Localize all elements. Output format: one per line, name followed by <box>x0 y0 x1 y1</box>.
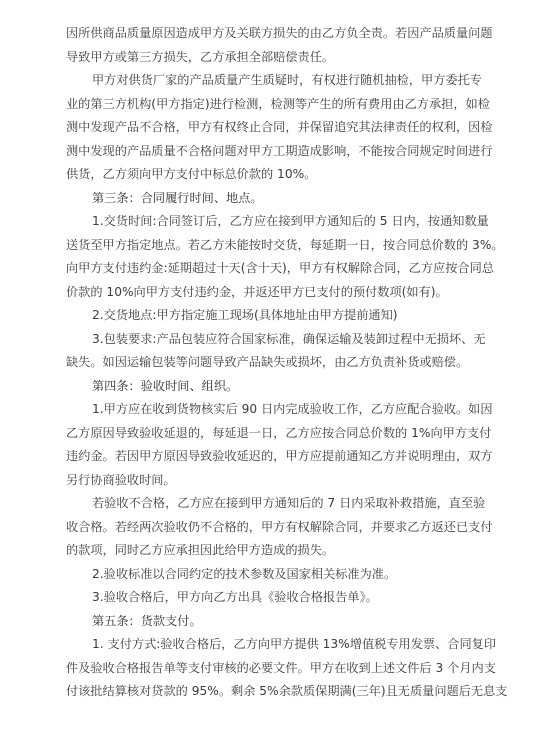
text-line: 付该批结算核对贷款的 95%。剩余 5%余款质保期满(三年)且无质量问题后无息支 <box>66 680 481 704</box>
text-line: 乙方原因导致验收延退的，每延退一日，乙方应按合同总价数的 1%向甲方支付 <box>66 422 481 446</box>
text-line: 1. 支付方式:验收合格后，乙方向甲方提供 13%增值税专用发票、合同复印 <box>66 633 481 657</box>
text-line: 向甲方支付违约金:延期超过十天(含十天)，甲方有权解除合同，乙方应按合同总 <box>66 257 481 281</box>
text-line: 若验收不合格，乙方应在接到甲方通知后的 7 日内采取补救措施，直至验 <box>66 492 481 516</box>
document-page: 因所供商品质量原因造成甲方及关联方损失的由乙方负全责。若因产品质量问题 导致甲方… <box>0 0 549 751</box>
section-heading-article-5: 第五条：货款支付。 <box>66 610 481 634</box>
text-line: 价款的 10%向甲方支付违约金，并返还甲方已支付的预付数项(如有)。 <box>66 281 481 305</box>
text-line: 收合格。若经两次验收仍不合格的，甲方有权解除合同，并要求乙方返还已支付 <box>66 516 481 540</box>
text-line: 2.交货地点:甲方指定施工现场(具体地址由甲方提前通知) <box>66 304 481 328</box>
text-line: 测中发现产品不合格，甲方有权终止合同，并保留追究其法律责任的权利，因检 <box>66 116 481 140</box>
text-line: 业的第三方机构(甲方指定)进行检测，检测等产生的所有费用由乙方承担，如检 <box>66 93 481 117</box>
text-line: 另行协商验收时间。 <box>66 469 481 493</box>
text-line: 测中发现的产品质量不合格问题对甲方工期造成影响，不能按合同规定时间进行 <box>66 140 481 164</box>
text-line: 3.验收合格后，甲方向乙方出具《验收合格报告单》。 <box>66 586 481 610</box>
text-line: 的款项，同时乙方应承担因此给甲方造成的损失。 <box>66 539 481 563</box>
text-line: 件及验收合格报告单等支付审核的必要文件。甲方在收到上述文件后 3 个月内支 <box>66 657 481 681</box>
text-line: 1.甲方应在收到货物核实后 90 日内完成验收工作，乙方应配合验收。如因 <box>66 398 481 422</box>
text-line: 因所供商品质量原因造成甲方及关联方损失的由乙方负全责。若因产品质量问题 <box>66 22 481 46</box>
section-heading-article-3: 第三条：合同履行时间、地点。 <box>66 187 481 211</box>
text-line: 2.验收标准以合同约定的技术参数及国家相关标准为准。 <box>66 563 481 587</box>
document-body: 因所供商品质量原因造成甲方及关联方损失的由乙方负全责。若因产品质量问题 导致甲方… <box>66 22 481 704</box>
text-line: 1.交货时间:合同签订后，乙方应在接到甲方通知后的 5 日内，按通知数量 <box>66 210 481 234</box>
text-line: 缺失。如因运输包装等问题导致产品缺失或损坏，由乙方负责补货或赔偿。 <box>66 351 481 375</box>
text-line: 违约金。若因甲方原因导致验收延迟的，甲方应提前通知乙方并说明理由，双方 <box>66 445 481 469</box>
text-line: 供货，乙方须向甲方支付中标总价款的 10%。 <box>66 163 481 187</box>
section-heading-article-4: 第四条：验收时间、组织。 <box>66 375 481 399</box>
text-line: 导致甲方或第三方损失，乙方承担全部赔偿责任。 <box>66 46 481 70</box>
text-line: 送货至甲方指定地点。若乙方未能按时交货，每延期一日，按合同总价数的 3%。 <box>66 234 481 258</box>
text-line: 3.包装要求:产品包装应符合国家标准，确保运输及装卸过程中无损坏、无 <box>66 328 481 352</box>
text-line: 甲方对供货厂家的产品质量产生质疑时，有权进行随机抽检，甲方委托专 <box>66 69 481 93</box>
